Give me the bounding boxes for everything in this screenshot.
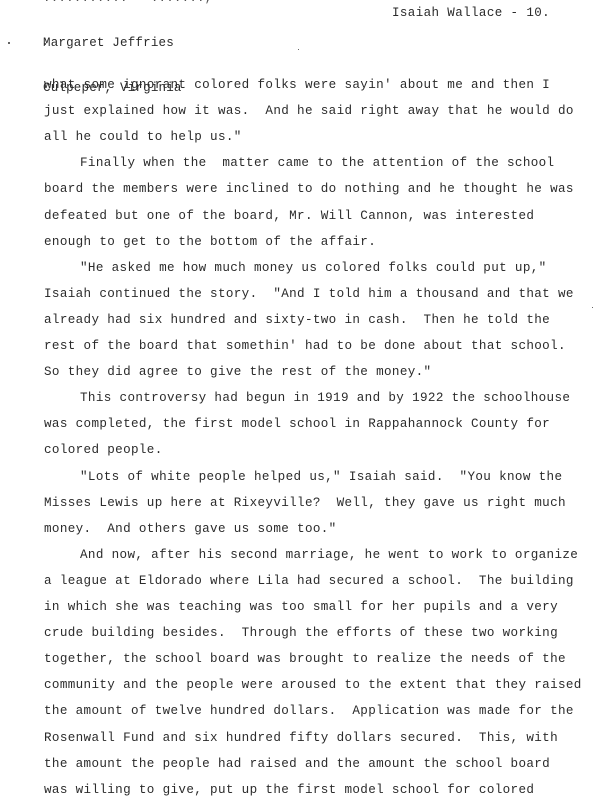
text-line: enough to get to the bottom of the affai… [44, 235, 376, 249]
text-line: Finally when the matter came to the atte… [80, 156, 554, 170]
cut-off-previous-line: ........... ......., [43, 0, 212, 5]
paper-speck [592, 307, 593, 308]
text-line: already had six hundred and sixty-two in… [44, 313, 550, 327]
paper-speck [44, 43, 46, 45]
text-line: Misses Lewis up here at Rixeyville? Well… [44, 496, 566, 510]
text-line: This controversy had begun in 1919 and b… [80, 391, 570, 405]
text-line: a league at Eldorado where Lila had secu… [44, 574, 574, 588]
text-line: crude building besides. Through the effo… [44, 626, 558, 640]
text-line: community and the people were aroused to… [44, 678, 582, 692]
text-line: colored people. [44, 443, 163, 457]
text-line: all he could to help us." [44, 130, 242, 144]
text-line: was completed, the first model school in… [44, 417, 550, 431]
text-line: Isaiah continued the story. "And I told … [44, 287, 574, 301]
paper-speck [8, 42, 10, 44]
text-line: what some ignorant colored folks were sa… [44, 78, 550, 92]
text-line: Rosenwall Fund and six hundred fifty dol… [44, 731, 558, 745]
text-line: money. And others gave us some too." [44, 522, 337, 536]
subject-page-heading: Isaiah Wallace - 10. [392, 6, 550, 21]
text-line: was willing to give, put up the first mo… [44, 783, 534, 797]
text-line: "Lots of white people helped us," Isaiah… [80, 470, 562, 484]
text-line: together, the school board was brought t… [44, 652, 566, 666]
text-line: just explained how it was. And he said r… [44, 104, 574, 118]
text-line: the amount of twelve hundred dollars. Ap… [44, 704, 574, 718]
text-line: rest of the board that somethin' had to … [44, 339, 566, 353]
text-line: board the members were inclined to do no… [44, 182, 574, 196]
text-line: And now, after his second marriage, he w… [80, 548, 578, 562]
paper-speck [298, 49, 299, 50]
author-name: Margaret Jeffries [43, 36, 182, 51]
typewritten-page: ........... ......., Margaret Jeffries C… [0, 0, 603, 800]
text-line: in which she was teaching was too small … [44, 600, 558, 614]
text-line: So they did agree to give the rest of th… [44, 365, 431, 379]
text-line: the amount the people had raised and the… [44, 757, 550, 771]
text-line: "He asked me how much money us colored f… [80, 261, 547, 275]
text-line: defeated but one of the board, Mr. Will … [44, 209, 534, 223]
